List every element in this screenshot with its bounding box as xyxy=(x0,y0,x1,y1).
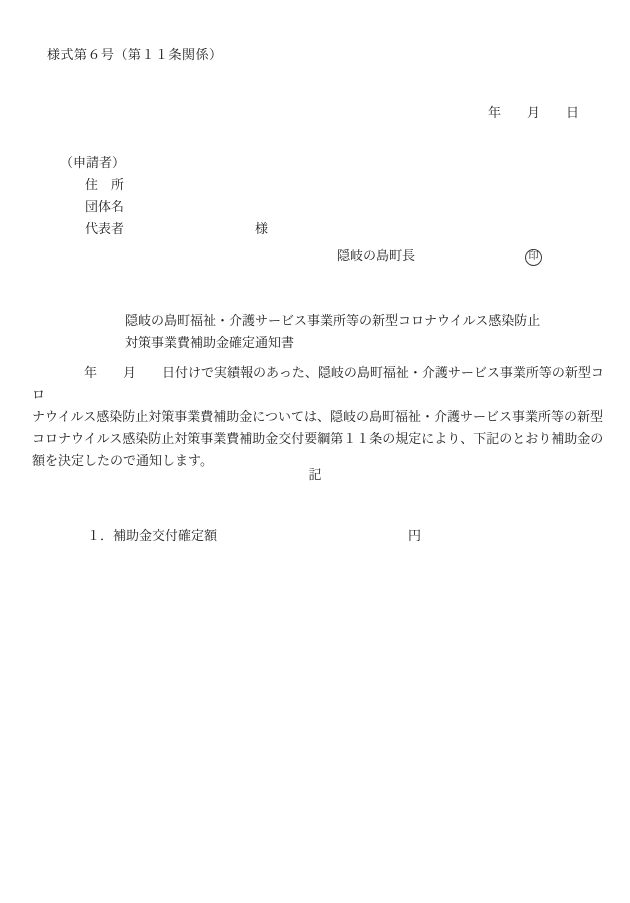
body-paragraph: 年 月 日付けで実績報のあった、隠岐の島町福祉・介護サービス事業所等の新型コロ … xyxy=(32,362,612,472)
form-number: 様式第６号（第１１条関係） xyxy=(47,47,223,63)
item1-line: １．補助金交付確定額円 xyxy=(87,527,421,545)
issuer-line: 隠岐の島町長印 xyxy=(337,247,542,266)
item1-unit-yen: 円 xyxy=(408,528,421,543)
body-line-1: 年 月 日付けで実績報のあった、隠岐の島町福祉・介護サービス事業所等の新型コロ xyxy=(32,362,612,406)
document-title-line1: 隠岐の島町福祉・介護サービス事業所等の新型コロナウイルス感染防止 xyxy=(125,310,540,332)
applicant-address-label: 住 所 xyxy=(85,174,268,196)
body-line-2: ナウイルス感染防止対策事業費補助金については、隠岐の島町福祉・介護サービス事業所… xyxy=(32,406,612,428)
applicant-organization-label: 団体名 xyxy=(85,196,268,218)
body-line-3: コロナウイルス感染防止対策事業費補助金交付要綱第１１条の規定により、下記のとおり… xyxy=(32,428,612,450)
applicant-representative-label: 代表者 xyxy=(85,221,124,236)
applicant-label: （申請者） xyxy=(60,152,268,174)
document-title: 隠岐の島町福祉・介護サービス事業所等の新型コロナウイルス感染防止 対策事業費補助… xyxy=(125,310,540,354)
record-marker: 記 xyxy=(0,466,630,484)
issuer-title: 隠岐の島町長 xyxy=(337,248,415,263)
applicant-representative-line: 代表者様 xyxy=(85,218,268,240)
seal-mark: 印 xyxy=(525,249,542,266)
honorific-sama: 様 xyxy=(255,221,268,236)
document-page: 様式第６号（第１１条関係） 年 月 日 （申請者） 住 所 団体名 代表者様 隠… xyxy=(0,0,630,903)
item1-label: １．補助金交付確定額 xyxy=(87,528,217,543)
applicant-block: （申請者） 住 所 団体名 代表者様 xyxy=(60,152,268,240)
document-title-line2: 対策事業費補助金確定通知書 xyxy=(125,332,540,354)
date-line: 年 月 日 xyxy=(488,105,579,121)
